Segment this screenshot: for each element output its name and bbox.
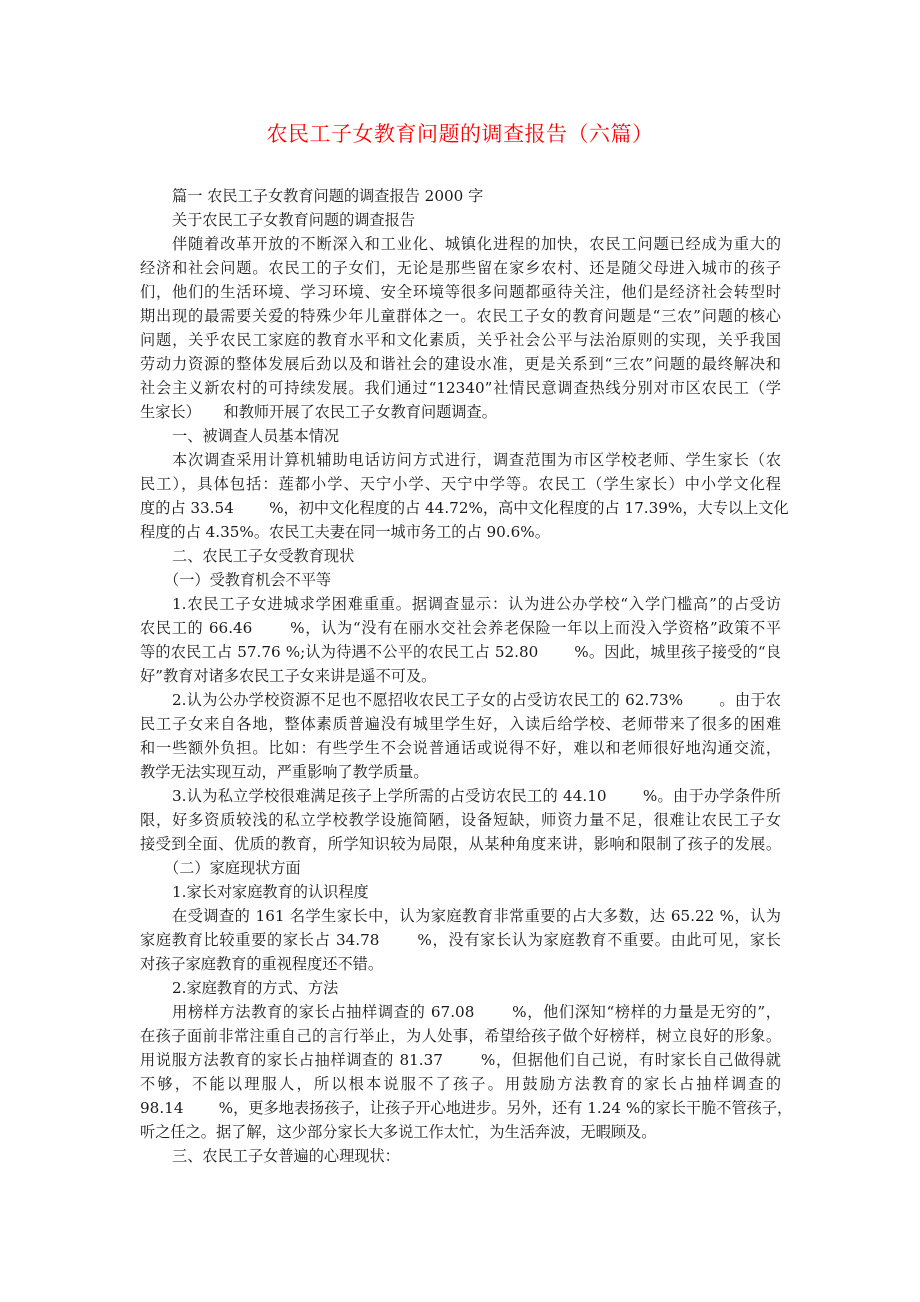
text-line: 经济和社会问题。农民工的子女们，无论是那些留在家乡农村、还是随父母进入城市的孩子 xyxy=(140,256,781,280)
text-line: 用榜样方法教育的家长占抽样调查的 67.08 %，他们深知“榜样的力量是无穷的”… xyxy=(140,1000,781,1024)
text-line: （二）家庭现状方面 xyxy=(140,856,781,880)
document-page: 农民工子女教育问题的调查报告（六篇） 篇一 农民工子女教育问题的调查报告 200… xyxy=(0,0,920,1302)
text-line: 本次调查采用计算机辅助电话访问方式进行，调查范围为市区学校老师、学生家长（农 xyxy=(140,448,781,472)
text-line: 1.农民工子女进城求学困难重重。据调查显示：认为进公办学校“入学门槛高”的占受访 xyxy=(140,592,781,616)
text-line: 社会主义新农村的可持续发展。我们通过“12340”社情民意调查热线分别对市区农民… xyxy=(140,376,781,400)
text-line: 民工），具体包括：莲都小学、天宁小学、天宁中学等。农民工（学生家长）中小学文化程 xyxy=(140,472,781,496)
text-line: 生家长） 和教师开展了农民工子女教育问题调查。 xyxy=(140,400,781,424)
text-line: 等的农民工占 57.76 %;认为待遇不公平的农民工占 52.80 %。因此，城… xyxy=(140,640,781,664)
text-line: 98.14 %，更多地表扬孩子，让孩子开心地进步。另外，还有 1.24 %的家长… xyxy=(140,1096,781,1120)
text-line: 对孩子家庭教育的重视程度还不错。 xyxy=(140,952,781,976)
text-line: 不够，不能以理服人，所以根本说服不了孩子。用鼓励方法教育的家长占抽样调查的 xyxy=(140,1072,781,1096)
text-line: 们，他们的生活环境、学习环境、安全环境等很多问题都亟待关注，他们是经济社会转型时 xyxy=(140,280,781,304)
text-line: （一）受教育机会不平等 xyxy=(140,568,781,592)
text-line: 民工子女来自各地，整体素质普遍没有城里学生好，入读后给学校、老师带来了很多的困难 xyxy=(140,712,781,736)
text-line: 限，好多资质较浅的私立学校教学设施简陋，设备短缺，师资力量不足，很难让农民工子女 xyxy=(140,808,781,832)
text-line: 问题，关乎农民工家庭的教育水平和文化素质，关乎社会公平与法治原则的实现，关乎我国 xyxy=(140,328,781,352)
text-line: 听之任之。据了解，这少部分家长大多说工作太忙，为生活奔波，无暇顾及。 xyxy=(140,1120,781,1144)
text-line: 用说服方法教育的家长占抽样调查的 81.37 %，但据他们自己说，有时家长自己做… xyxy=(140,1048,781,1072)
text-line: 教学无法实现互动，严重影响了教学质量。 xyxy=(140,760,781,784)
text-line: 和一些额外负担。比如：有些学生不会说普通话或说得不好，难以和老师很好地沟通交流， xyxy=(140,736,781,760)
text-line: 三、农民工子女普遍的心理现状： xyxy=(140,1144,781,1168)
text-line: 农民工的 66.46 %，认为“没有在丽水交社会养老保险一年以上而没入学资格”政… xyxy=(140,616,781,640)
text-line: 关于农民工子女教育问题的调查报告 xyxy=(140,208,781,232)
text-line: 好”教育对诸多农民工子女来讲是遥不可及。 xyxy=(140,664,781,688)
text-line: 劳动力资源的整体发展后劲以及和谐社会的建设水准，更是关系到“三农”问题的最终解决… xyxy=(140,352,781,376)
text-line: 接受到全面、优质的教育，所学知识较为局限，从某种角度来讲，影响和限制了孩子的发展… xyxy=(140,832,781,856)
text-line: 篇一 农民工子女教育问题的调查报告 2000 字 xyxy=(140,184,781,208)
text-line: 伴随着改革开放的不断深入和工业化、城镇化进程的加快，农民工问题已经成为重大的 xyxy=(140,232,781,256)
text-line: 家庭教育比较重要的家长占 34.78 %，没有家长认为家庭教育不重要。由此可见，… xyxy=(140,928,781,952)
text-line: 程度的占 4.35%。农民工夫妻在同一城市务工的占 90.6%。 xyxy=(140,520,781,544)
text-line: 1.家长对家庭教育的认识程度 xyxy=(140,880,781,904)
text-line: 二、农民工子女受教育现状 xyxy=(140,544,781,568)
text-line: 2.认为公办学校资源不足也不愿招收农民工子女的占受访农民工的 62.73% 。由… xyxy=(140,688,781,712)
text-line: 度的占 33.54 %，初中文化程度的占 44.72%，高中文化程度的占 17.… xyxy=(140,496,781,520)
text-line: 在孩子面前非常注重自己的言行举止，为人处事，希望给孩子做个好榜样，树立良好的形象… xyxy=(140,1024,781,1048)
text-line: 3.认为私立学校很难满足孩子上学所需的占受访农民工的 44.10 %。由于办学条… xyxy=(140,784,781,808)
text-line: 期出现的最需要关爱的特殊少年儿童群体之一。农民工子女的教育问题是“三农”问题的核… xyxy=(140,304,781,328)
document-title: 农民工子女教育问题的调查报告（六篇） xyxy=(0,119,920,149)
text-line: 2.家庭教育的方式、方法 xyxy=(140,976,781,1000)
text-line: 一、被调查人员基本情况 xyxy=(140,424,781,448)
text-line: 在受调查的 161 名学生家长中，认为家庭教育非常重要的占大多数，达 65.22… xyxy=(140,904,781,928)
document-body: 篇一 农民工子女教育问题的调查报告 2000 字关于农民工子女教育问题的调查报告… xyxy=(140,184,781,1168)
